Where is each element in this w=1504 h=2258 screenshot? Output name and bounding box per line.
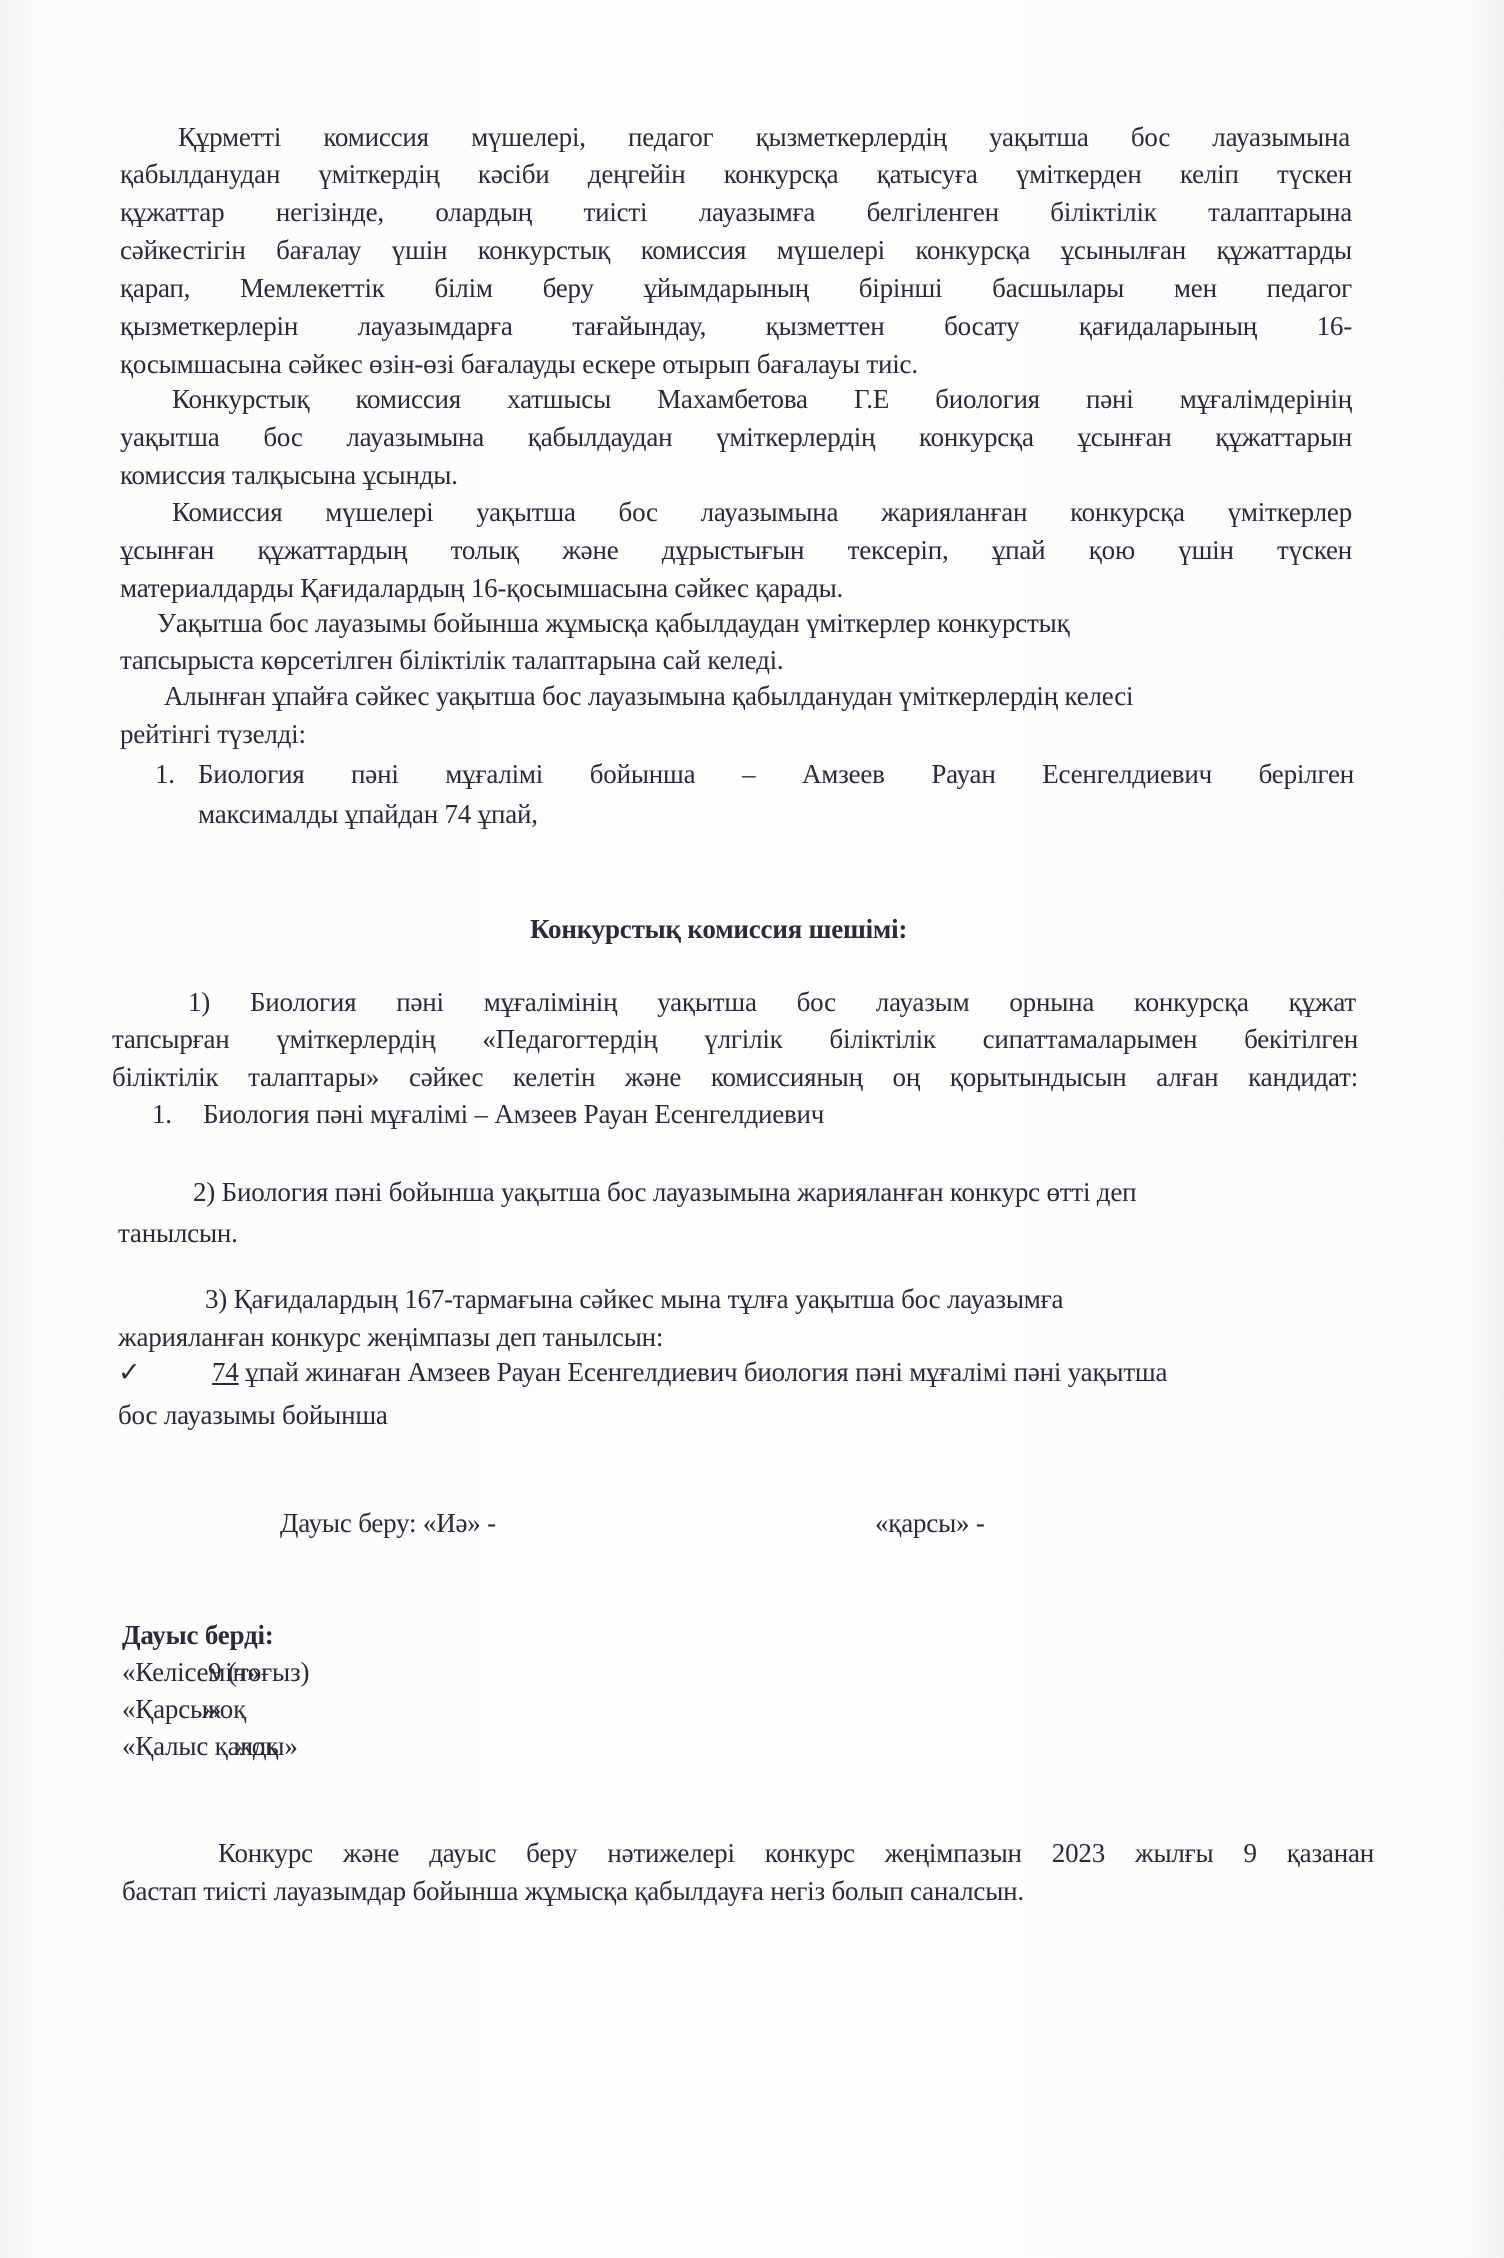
text-line: Конкурстық комиссия хатшысы Махамбетова … [172,382,1352,416]
decision-heading: Конкурстық комиссия шешімі: [530,912,907,946]
vote-result-value: жоқ [234,1729,278,1763]
candidate-name: Биология пәні мұғалімі – Амзеев Рауан Ес… [203,1097,824,1131]
list-number: 1. [152,1097,172,1131]
text-line: Алынған ұпайға сәйкес уақытша бос лауазы… [164,679,1133,713]
text-line: қосымшасына сәйкес өзін-өзі бағалауды ес… [120,347,918,381]
text-line: танылсын. [118,1216,238,1250]
winner-line: 74 ұпай жинаған Амзеев Рауан Есенгелдиев… [212,1355,1167,1389]
vote-result-value: жоқ [202,1692,246,1726]
text-line: тапсырған үміткерлердің «Педагогтердің ү… [112,1022,1358,1056]
text-line: сәйкестігін бағалау үшін конкурстық коми… [120,233,1352,267]
text-line: біліктілік талаптары» сәйкес келетін жән… [112,1060,1358,1094]
text-line: уақытша бос лауазымына қабылдаудан үмітк… [120,420,1352,454]
check-mark-icon: ✓ [118,1355,140,1389]
vote-result-value: 9 (тоғыз) [208,1655,309,1689]
text-line: қызметкерлерін лауазымдарға тағайындау, … [120,309,1352,343]
vote-against-label: «қарсы» - [875,1506,985,1540]
text-line: құжаттар негізінде, олардың тиісті лауаз… [120,195,1352,229]
text-line: Уақытша бос лауазымы бойынша жұмысқа қаб… [157,606,1070,640]
text-line: бастап тиісті лауазымдар бойынша жұмысқа… [122,1874,1024,1908]
text-line: тапсырыста көрсетілген біліктілік талапт… [120,643,783,677]
text-line: Комиссия мүшелері уақытша бос лауазымына… [172,495,1352,529]
text-line: комиссия талқысына ұсынды. [120,458,458,492]
text-line: 3) Қағидалардың 167-тармағына сәйкес мын… [205,1282,1063,1316]
winner-description: ұпай жинаған Амзеев Рауан Есенгелдиевич … [239,1357,1168,1387]
winner-line-2: бос лауазымы бойынша [118,1398,388,1432]
text-line: ұсынған құжаттардың толық және дұрыстығы… [120,533,1352,567]
text-line: жарияланған конкурс жеңімпазы деп танылс… [118,1320,663,1354]
text-line: 2) Биология пәні бойынша уақытша бос лау… [193,1175,1136,1209]
text-line: қарап, Мемлекеттік білім беру ұйымдарыны… [120,271,1352,305]
text-line: Конкурс және дауыс беру нәтижелері конку… [218,1836,1374,1870]
list-number: 1. [155,757,175,791]
rating-item-score: максималды ұпайдан 74 ұпай, [198,797,538,831]
winner-score: 74 [212,1357,239,1387]
rating-item-text: Биология пәні мұғалімі бойынша – Амзеев … [198,757,1354,791]
text-line: қабылданудан үміткердің кәсіби деңгейін … [120,157,1352,191]
text-line: Құрметті комиссия мүшелері, педагог қызм… [178,120,1350,154]
text-line: материалдарды Қағидалардың 16-қосымшасын… [120,571,843,605]
text-line: рейтінгі түзелді: [120,717,306,751]
text-line: 1) Биология пәні мұғалімінің уақытша бос… [188,985,1356,1019]
voted-heading: Дауыс берді: [122,1618,274,1652]
scanned-document-page: Құрметті комиссия мүшелері, педагог қызм… [0,0,1504,2258]
vote-yes-label: Дауыс беру: «Иә» - [280,1506,496,1540]
